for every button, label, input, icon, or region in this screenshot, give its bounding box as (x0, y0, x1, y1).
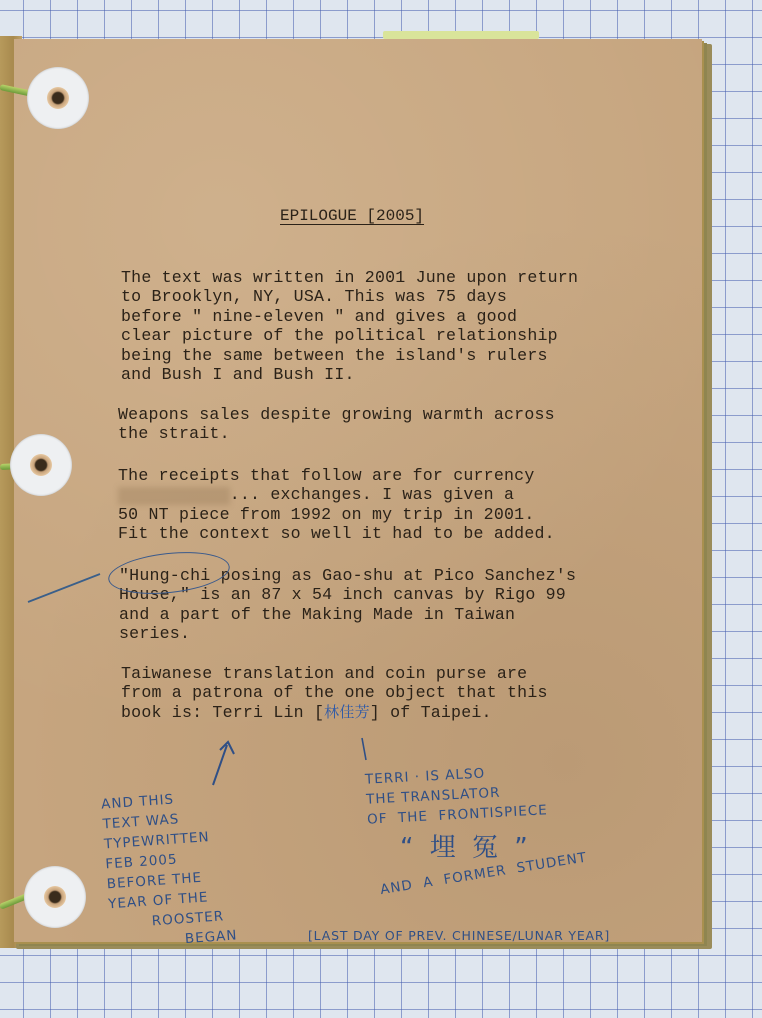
handwritten-note-left: AND THIS TEXT WAS TYPEWRITTEN FEB 2005 B… (101, 786, 239, 954)
handwritten-frontispiece-chars: “ 埋 冤 ” (400, 838, 532, 858)
handwritten-note-right: TERRI · IS ALSO THE TRANSLATOR OF THE FR… (365, 760, 549, 829)
arrow-up-icon (213, 742, 234, 785)
handwritten-note-bottom: [LAST DAY OF PREV. CHINESE/LUNAR YEAR] (308, 926, 610, 946)
margin-line-mark (28, 574, 100, 602)
tick-mark (362, 738, 366, 760)
